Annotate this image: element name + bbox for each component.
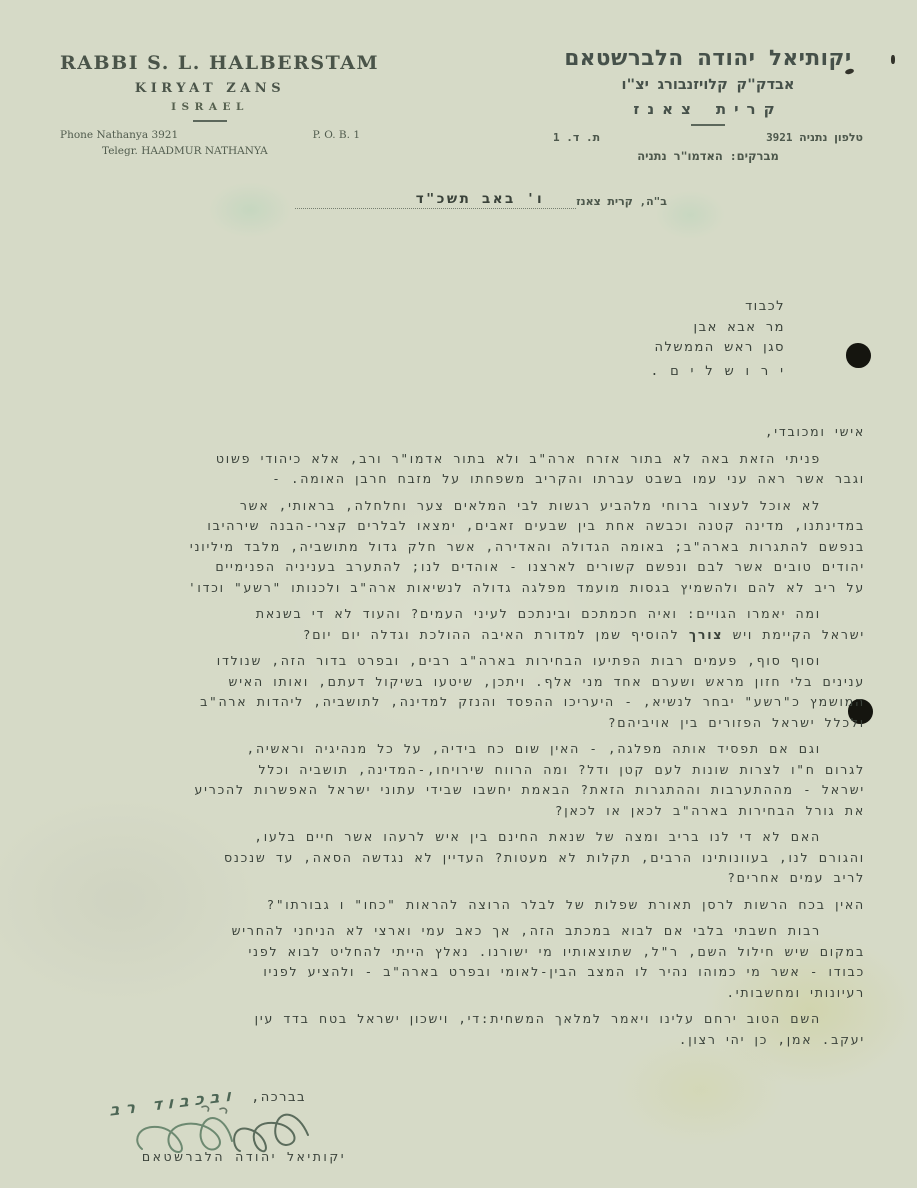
letterhead-phone-hebrew: טלפון נתניה 3921 — [766, 131, 863, 144]
letter-body: אישי ומכובדי, פניתי הזאת באה לא בתור אזר… — [56, 422, 865, 1056]
letterhead-title-hebrew: אבדק"ק קלויזנבורג יצ"ו — [553, 77, 863, 93]
body-paragraph: ומה יאמרו הגויים: ואיה חכמתכם ובינתכם לע… — [56, 604, 865, 645]
body-paragraph: וסוף סוף, פעמים רבות הפתיעו הבחירות בארה… — [56, 651, 865, 733]
letterhead-phone-english: Phone Nathanya 3921 — [60, 129, 178, 141]
letterhead-country: ISRAEL — [60, 101, 360, 113]
ink-speck — [891, 55, 895, 64]
letterhead-name-english: RABBI S. L. HALBERSTAM — [60, 52, 360, 74]
letterhead-divider — [691, 124, 725, 126]
ink-dot — [846, 343, 871, 368]
typed-date: ו' באב תשכ"ד — [416, 191, 544, 207]
body-paragraph: האם לא די לנו בריב ומצה של שנאת החינם בי… — [56, 827, 865, 889]
letterhead-pob-hebrew: ת. ד. 1 — [553, 131, 600, 144]
emphasized-word: צורך — [689, 627, 723, 642]
body-paragraph: רבות חשבתי בלבי אם לבוא במכתב הזה, אך כא… — [56, 921, 865, 1003]
body-paragraph: האין בכח הרשות לרסן תאורת שפלות של לבלר … — [56, 895, 865, 916]
letter-page: RABBI S. L. HALBERSTAM KIRYAT ZANS ISRAE… — [0, 0, 917, 1188]
letterhead-telegraph-hebrew: מברקים: האדמו"ר נתניה — [553, 149, 863, 163]
salutation: אישי ומכובדי, — [56, 422, 865, 443]
body-paragraph: לא אוכל לעצור ברוחי מלהביע רגשות לבי המל… — [56, 496, 865, 599]
letterhead-city-hebrew: קרית צאנז — [553, 100, 863, 118]
dateline: ב"ה, קרית צאנז ו' באב תשכ"ד — [295, 188, 667, 209]
closing-block: בברכה, ובכבוד רב יקותיאל יהודה הלברשטאם — [92, 1090, 352, 1164]
letterhead-telegraph-english: Telegr. HAADMUR NATHANYA — [60, 145, 360, 157]
body-paragraph: השם הטוב ירחם עלינו ויאמר למלאך המשחית:ד… — [56, 1009, 865, 1050]
addressee-block: לכבוד מר אבא אבן סגן ראש הממשלה י ר ו ש … — [650, 297, 785, 382]
letterhead-divider — [193, 120, 227, 122]
addressee-city: י ר ו ש ל י ם . — [650, 362, 785, 383]
body-paragraph: פניתי הזאת באה לא בתור אזרח ארה"ב ולא בת… — [56, 449, 865, 490]
letterhead-pob-english: P. O. B. 1 — [313, 129, 360, 141]
addressee-name: מר אבא אבן — [650, 318, 785, 339]
addressee-honorific: לכבוד — [650, 297, 785, 318]
paragraph-text: להוסיף שמן למדורת האיבה ההולכת וגדלה יום… — [303, 627, 689, 642]
dateline-rule: ו' באב תשכ"ד — [295, 188, 576, 209]
letterhead-english: RABBI S. L. HALBERSTAM KIRYAT ZANS ISRAE… — [60, 52, 360, 157]
body-paragraph: וגם אם תפסיד אותה מפלגה, - האין שום כח ב… — [56, 739, 865, 821]
letterhead-name-hebrew: יקותיאל יהודה הלברשטאם — [553, 46, 863, 71]
addressee-role: סגן ראש הממשלה — [650, 338, 785, 359]
letterhead-hebrew: יקותיאל יהודה הלברשטאם אבדק"ק קלויזנבורג… — [553, 46, 863, 163]
letterhead-city-english: KIRYAT ZANS — [60, 81, 360, 96]
dateline-printed-label: ב"ה, קרית צאנז — [576, 195, 667, 209]
